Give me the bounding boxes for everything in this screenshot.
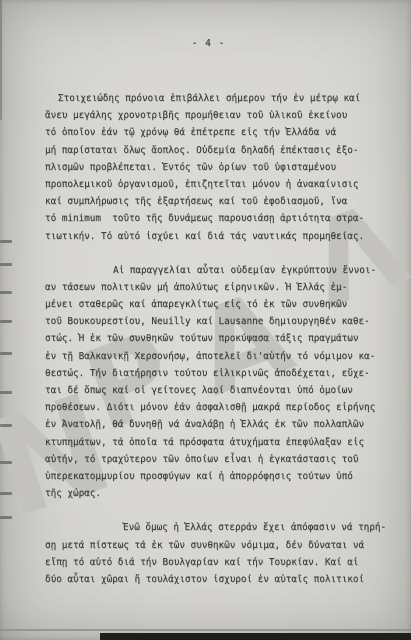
text-line: θεστώς. Τήν διατήρησιν τούτου εἰλικρινῶς… xyxy=(45,365,411,382)
scan-edge-artifact xyxy=(100,633,411,640)
scan-edge-artifact xyxy=(0,629,411,631)
text-line: Στοιχειώδης πρόνοια ἐπιβάλλει σήμερον τή… xyxy=(45,90,411,107)
text-line: τῆς χώρας. xyxy=(45,485,411,502)
text-line: εἴπῃ τό αὐτό διά τήν Βουλγαρίαν καί τήν … xyxy=(45,554,411,571)
binding-mark xyxy=(0,291,12,294)
text-line: ται δέ ὅπως καί οἱ γείτονες λαοί διαπνέο… xyxy=(45,382,411,399)
binding-mark xyxy=(0,391,12,394)
text-line: πλισμῶν προβλέπεται. Ἐντός τῶν ὁρίων τοῦ… xyxy=(45,159,411,176)
text-line: ἄνευ μεγάλης χρονοτριβῆς προμήθειαν τοῦ … xyxy=(45,107,411,124)
binding-mark xyxy=(0,516,12,519)
text-line: ἐν τῇ Βαλκανικῇ Χερσονήσῳ, ἀποτελεῖ δι'α… xyxy=(45,348,411,365)
text-line: καί συμπλήρωσις τῆς ἐξαρτήσεως καί τοῦ ἐ… xyxy=(45,193,411,210)
document-page: Ν Ρ Α Λ - 4 - Στοιχειώδης πρόνοια ἐπιβάλ… xyxy=(0,0,411,640)
text-line: κτυπημάτων, τά ὁποῖα τά πρόσφατα ἀτυχήμα… xyxy=(45,434,411,451)
text-line: Αἱ παραγγελίαι αὗται οὐδεμίαν ἐγκρύπτουν… xyxy=(45,262,411,279)
paragraph: Στοιχειώδης πρόνοια ἐπιβάλλει σήμερον τή… xyxy=(45,90,411,245)
text-line: δύο αὗται χῶραι ἤ τουλάχιστον ἰσχυροί ἐν… xyxy=(45,571,411,588)
text-line: αν τάσεων πολιτικῶν μή ἀπολύτως εἰρηνικῶ… xyxy=(45,279,411,296)
binding-mark xyxy=(0,492,12,495)
text-line: τό minimum τοῦτο τῆς δυνάμεως παρουσιάσῃ… xyxy=(45,210,411,227)
binding-mark xyxy=(0,263,12,266)
binding-mark xyxy=(0,461,12,464)
text-line: προθέσεων. Διότι μόνον ἐάν ἀσφαλισθῇ μακ… xyxy=(45,399,411,416)
text-line: αὐτήν, τό τραχύτερον τῶν ὁποίων εἶναι ἡ … xyxy=(45,451,411,468)
binding-mark xyxy=(0,240,12,243)
paragraph: Ἐνῶ ὅμως ἡ Ἑλλάς στερράν ἔχει ἀπόφασιν ν… xyxy=(45,519,411,588)
text-line: Ἐνῶ ὅμως ἡ Ἑλλάς στερράν ἔχει ἀπόφασιν ν… xyxy=(45,519,411,536)
text-line: προπολεμικοῦ ὀργανισμοῦ, ἐπιζητεῖται μόν… xyxy=(45,176,411,193)
binding-mark xyxy=(0,424,12,427)
text-line: μένει σταθερῶς καί ἀπαρεγκλίτως εἰς τό ἐ… xyxy=(45,296,411,313)
text-line: μή παρίσταται ὅλως ἄοπλος. Οὐδεμία δηλαδ… xyxy=(45,142,411,159)
scan-edge-artifact xyxy=(0,0,2,120)
text-line: τιωτικήν. Τό αὐτό ἰσχύει καί διά τάς ναυ… xyxy=(45,228,411,245)
text-line: ὑπερεκατομμυρίου προσφύγων καί ἡ ἀπορρόφ… xyxy=(45,468,411,485)
paragraph: Αἱ παραγγελίαι αὗται οὐδεμίαν ἐγκρύπτουν… xyxy=(45,262,411,503)
text-line: σῃ μετά πίστεως τά ἐκ τῶν συνθηκῶν νόμιμ… xyxy=(45,537,411,554)
typewritten-text: Στοιχειώδης πρόνοια ἐπιβάλλει σήμερον τή… xyxy=(0,0,411,588)
binding-mark xyxy=(0,352,12,355)
text-line: τό ὁποῖον ἐάν τῷ χρόνῳ θά ἐπέτρεπε εἰς τ… xyxy=(45,124,411,141)
binding-mark xyxy=(0,320,12,323)
text-line: τοῦ Βουκουρεστίου, Neuilly καί Lausanne … xyxy=(45,313,411,330)
text-line: στώς. Ἡ ἐκ τῶν συνθηκῶν τούτων προκύψασα… xyxy=(45,330,411,347)
text-line: ἐν Ἀνατολῇ, θά δυνηθῇ νά ἀναλάβῃ ἡ Ἑλλάς… xyxy=(45,416,411,433)
